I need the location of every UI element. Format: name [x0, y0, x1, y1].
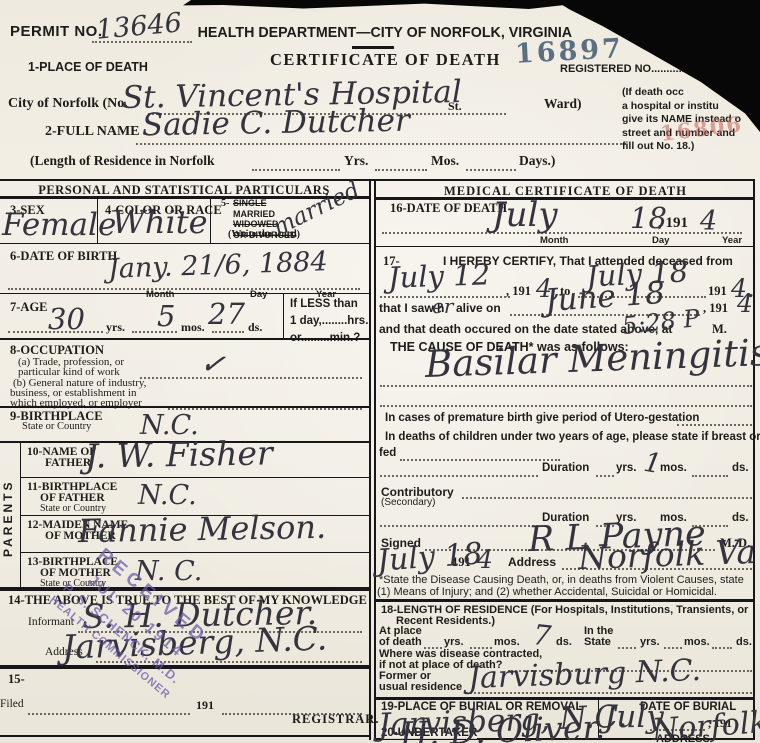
medical-section-title: MEDICAL CERTIFICATE OF DEATH [378, 184, 753, 199]
death-day-column-label: Day [652, 235, 669, 246]
sex-handwritten: Female [2, 210, 116, 241]
duration-ds-label: ds. [732, 462, 749, 474]
less-than-line2: 1 day,........hrs. [290, 315, 368, 327]
father-birthplace-handwritten: N.C. [138, 482, 197, 509]
less-than-line1: If LESS than [290, 298, 358, 310]
age-label: 7-AGE [10, 300, 48, 315]
to-year-print: 191 [708, 284, 727, 299]
residence-days-handwritten: 7 [532, 621, 553, 651]
state-mos-label: mos. [684, 636, 710, 648]
department-title: HEALTH DEPARTMENT—CITY OF NORFOLK, VIRGI… [198, 24, 564, 41]
occupation-checkmark-handwritten: ✓ [198, 348, 227, 381]
death-year-handwritten: 4 [700, 208, 717, 235]
death-day-handwritten: 18 [630, 204, 667, 233]
city-of-norfolk-label: City of Norfolk (No. [8, 96, 128, 112]
at-place-label2: of death [379, 636, 422, 648]
registrar-label: REGISTRAR. [292, 712, 379, 727]
res-yrs-label: yrs. [444, 636, 464, 648]
age-mos-label: mos. [181, 320, 205, 335]
signed-year-handwritten: 4 [477, 547, 493, 572]
state-label: State [584, 636, 611, 648]
cause-of-death-handwritten: Basilar Meningitis [424, 334, 760, 383]
duration-label: Duration [542, 462, 589, 474]
date-of-death-label: 16-DATE OF DEATH [390, 201, 507, 216]
permit-label: PERMIT NO. [10, 23, 103, 40]
mos-label: Mos. [431, 153, 459, 169]
state-ds-label: ds. [736, 636, 752, 648]
day-column-label: Day [250, 289, 267, 300]
secondary-label: (Secondary) [381, 497, 435, 508]
date-of-birth-handwritten: Jany. 21/6, 1884 [108, 248, 328, 283]
place-of-death-label: 1-PLACE OF DEATH [28, 60, 148, 74]
marital-number: 5- [221, 198, 229, 209]
state-yrs-label: yrs. [640, 636, 660, 648]
father-name-handwritten: J. W. Fisher [85, 436, 273, 472]
less-than-line3: or.........min.? [290, 332, 360, 344]
saw-year-handwritten: 4 [737, 291, 753, 316]
death-month-column-label: Month [540, 235, 569, 246]
death-certificate-document: PERMIT NO. 13646 HEALTH DEPARTMENT—CITY … [0, 0, 760, 743]
attended-from-handwritten: July 12 [388, 260, 491, 293]
death-year-column-label: Year [722, 235, 742, 246]
permit-number-handwritten: 13646 [95, 9, 183, 43]
fed-label: fed [379, 447, 396, 459]
premature-birth-text: In cases of premature birth give period … [385, 412, 699, 424]
residence-length-label: (Length of Residence in Norfolk [30, 153, 215, 169]
full-name-label: 2-FULL NAME [45, 124, 140, 140]
yrs-label: Yrs. [344, 153, 368, 169]
parents-vertical-label: PARENTS [1, 448, 17, 588]
filed-number: 15- [8, 672, 25, 687]
ward-label: Ward) [544, 96, 582, 112]
date-of-birth-label: 6-DATE OF BIRTH [10, 249, 117, 264]
former-label2: usual residence [379, 681, 462, 693]
duration2-ds-label: ds. [732, 512, 749, 524]
footnote-line1: *State the Disease Causing Death, or, in… [379, 574, 744, 586]
saw-er-handwritten: er [432, 296, 453, 316]
from-year-print: , 191 [506, 284, 531, 299]
res-mos-label: mos. [494, 636, 520, 648]
age-months-handwritten: 5 [157, 302, 175, 331]
children-under-two-text: In deaths of children under two years of… [385, 431, 760, 443]
former-residence-handwritten: Jarvisburg N.C. [468, 656, 702, 694]
full-name-handwritten: Sadie C. Dutcher [142, 106, 410, 142]
age-days-handwritten: 27 [208, 300, 245, 329]
signed-address-handwritten: Norfolk Va [577, 535, 756, 574]
age-ds-label: ds. [248, 320, 262, 335]
mother-name-handwritten: Fannie Melson. [78, 511, 327, 547]
saw-alive-suffix: alive on [456, 301, 501, 315]
res-ds-label: ds. [556, 636, 572, 648]
saw-year-print: , 191 [703, 301, 728, 316]
filed-label: Filed [0, 698, 24, 710]
days-label: Days.) [519, 153, 555, 169]
certificate-number-stamp: 16897 [514, 33, 624, 70]
race-handwritten: White [112, 206, 208, 238]
footnote-line2: (1) Means of Injury; and (2) whether Acc… [377, 586, 717, 598]
signed-date-handwritten: July 18 [376, 539, 483, 576]
death-month-handwritten: July [492, 198, 558, 232]
certificate-title: CERTIFICATE OF DEATH [270, 50, 500, 70]
occupation-b3: which employed, or employer [10, 397, 142, 409]
birthplace-state-country-label: State or Country [22, 421, 91, 432]
age-years-handwritten: 30 [48, 305, 85, 334]
duration-mos-label: mos. [660, 462, 687, 474]
undertaker-handwritten: H. D. Oliver. [399, 710, 605, 743]
age-yrs-label: yrs. [106, 320, 125, 335]
duration-yrs-label: yrs. [616, 462, 636, 474]
